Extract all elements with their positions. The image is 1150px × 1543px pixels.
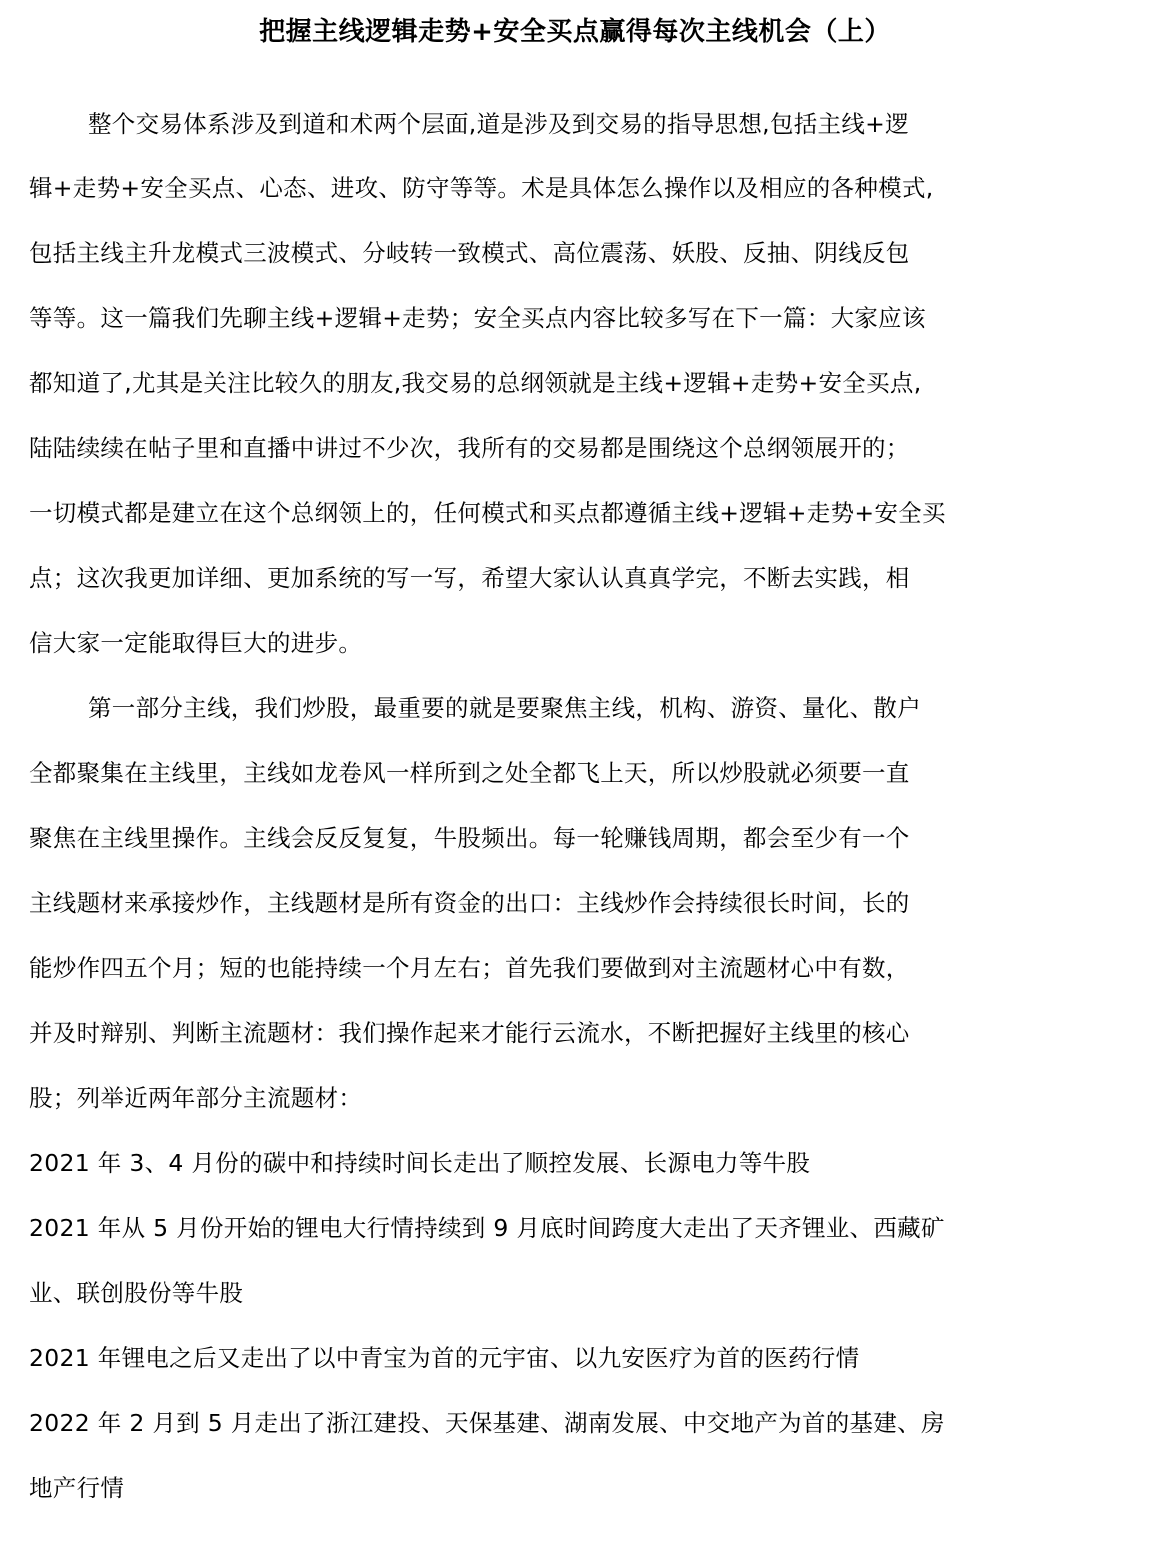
document-title: 把握主线逻辑走势+安全买点赢得每次主线机会（上） — [0, 14, 1150, 50]
list-item-2-line-1: 2021 年从 5 月份开始的锂电大行情持续到 9 月底时间跨度大走出了天齐锂业… — [29, 1212, 945, 1244]
paragraph-1-line-1: 整个交易体系涉及到道和术两个层面,道是涉及到交易的指导思想,包括主线+逻 — [88, 108, 909, 140]
paragraph-1-line-2: 辑+走势+安全买点、心态、进攻、防守等等。术是具体怎么操作以及相应的各种模式, — [29, 172, 934, 204]
paragraph-1-line-9: 信大家一定能取得巨大的进步。 — [29, 627, 362, 659]
paragraph-1-line-4: 等等。这一篇我们先聊主线+逻辑+走势；安全买点内容比较多写在下一篇：大家应该 — [29, 302, 926, 334]
list-item-4-line-2: 地产行情 — [29, 1472, 124, 1504]
paragraph-2-line-2: 全都聚集在主线里，主线如龙卷风一样所到之处全都飞上天，所以炒股就必须要一直 — [29, 757, 910, 789]
list-item-1: 2021 年 3、4 月份的碳中和持续时间长走出了顺控发展、长源电力等牛股 — [29, 1147, 810, 1179]
paragraph-1-line-5: 都知道了,尤其是关注比较久的朋友,我交易的总纲领就是主线+逻辑+走势+安全买点, — [29, 367, 921, 399]
list-item-3: 2021 年锂电之后又走出了以中青宝为首的元宇宙、以九安医疗为首的医药行情 — [29, 1342, 859, 1374]
list-item-2-line-2: 业、联创股份等牛股 — [29, 1277, 243, 1309]
paragraph-1-line-3: 包括主线主升龙模式三波模式、分岐转一致模式、高位震荡、妖股、反抽、阴线反包 — [29, 237, 910, 269]
list-item-4-line-1: 2022 年 2 月到 5 月走出了浙江建投、天保基建、湖南发展、中交地产为首的… — [29, 1407, 945, 1439]
paragraph-2-line-5: 能炒作四五个月；短的也能持续一个月左右；首先我们要做到对主流题材心中有数， — [29, 952, 910, 984]
paragraph-2-line-3: 聚焦在主线里操作。主线会反反复复，牛股频出。每一轮赚钱周期，都会至少有一个 — [29, 822, 910, 854]
paragraph-2-line-1: 第一部分主线，我们炒股，最重要的就是要聚焦主线，机构、游资、量化、散户 — [88, 692, 921, 724]
paragraph-2-line-6: 并及时辩别、判断主流题材：我们操作起来才能行云流水，不断把握好主线里的核心 — [29, 1017, 910, 1049]
paragraph-1-line-6: 陆陆续续在帖子里和直播中讲过不少次，我所有的交易都是围绕这个总纲领展开的； — [29, 432, 910, 464]
paragraph-2-line-7: 股；列举近两年部分主流题材： — [29, 1082, 362, 1114]
paragraph-1-line-8: 点；这次我更加详细、更加系统的写一写，希望大家认认真真学完，不断去实践，相 — [29, 562, 910, 594]
paragraph-1-line-7: 一切模式都是建立在这个总纲领上的，任何模式和买点都遵循主线+逻辑+走势+安全买 — [29, 497, 946, 529]
paragraph-2-line-4: 主线题材来承接炒作，主线题材是所有资金的出口：主线炒作会持续很长时间，长的 — [29, 887, 910, 919]
